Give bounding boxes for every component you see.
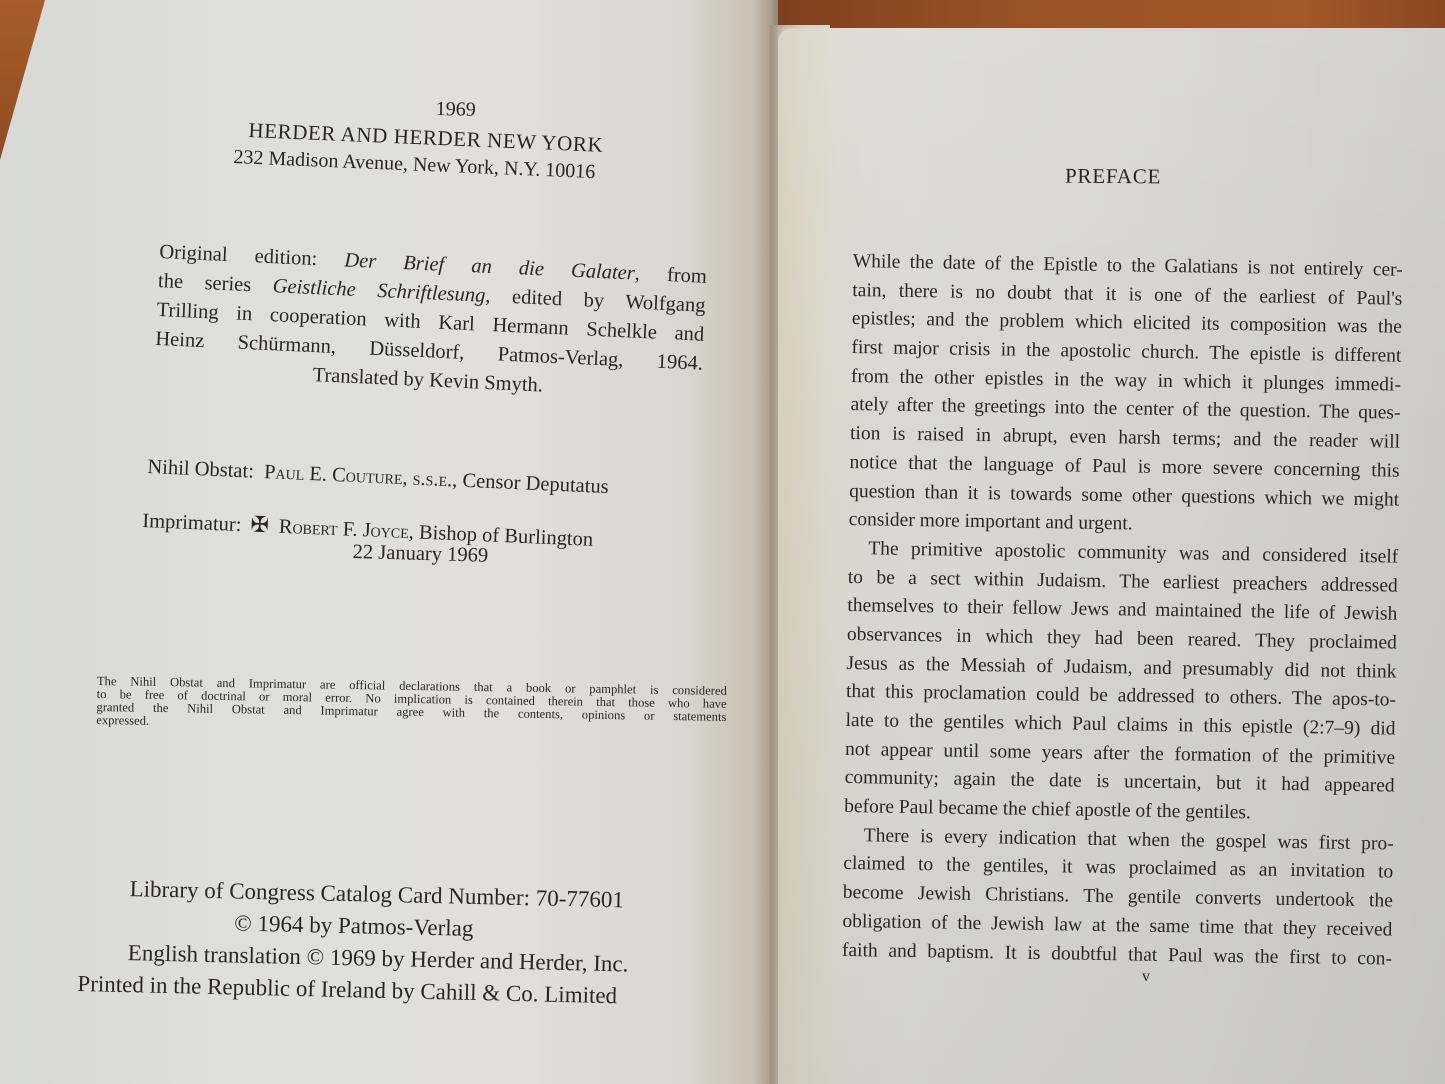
text-run: the series xyxy=(158,270,274,297)
paragraph: There is every indication that when the … xyxy=(842,822,1394,974)
text-run: , from xyxy=(634,263,707,288)
original-edition-note: Original edition: Der Brief an die Galat… xyxy=(153,238,707,408)
censor-name: Paul E. Couture xyxy=(264,461,403,489)
paragraph: While the date of the Epistle to the Gal… xyxy=(848,248,1402,543)
colophon: Library of Congress Catalog Card Number:… xyxy=(77,872,720,1014)
imprimatur-label: Imprimatur: xyxy=(142,510,242,536)
imprimatur-disclaimer: The Nihil Obstat and Imprimatur are offi… xyxy=(96,675,727,737)
preface-body: While the date of the Epistle to the Gal… xyxy=(842,248,1403,974)
page-number: v xyxy=(1142,968,1150,986)
imprint-year: 1969 xyxy=(436,98,476,122)
chapter-title: PREFACE xyxy=(1065,164,1161,190)
cross-pattee-icon: ✠ xyxy=(250,512,270,539)
imprimatur-date: 22 January 1969 xyxy=(352,541,488,568)
paragraph: The primitive apostolic community was an… xyxy=(844,535,1398,830)
bishop-name: Robert F. Joyce xyxy=(278,516,409,543)
censor-suffix: , s.s.e., xyxy=(402,467,458,491)
nihil-obstat-label: Nihil Obstat: xyxy=(147,456,254,483)
text-run: Original edition: xyxy=(159,241,345,271)
